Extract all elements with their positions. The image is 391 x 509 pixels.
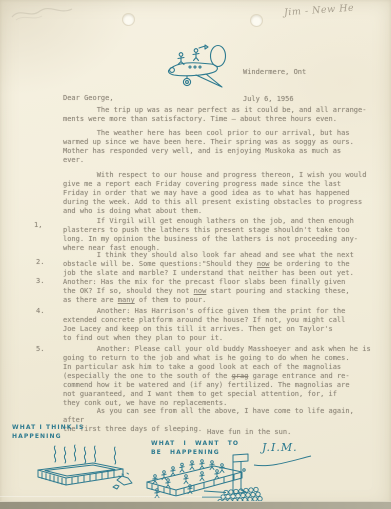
punch-hole-left <box>123 14 134 25</box>
margin-number-5: 5. <box>36 345 56 354</box>
margin-number-2: 2. <box>36 258 56 267</box>
greeting: Dear George, <box>63 94 375 103</box>
paper-crease <box>0 496 242 497</box>
paragraph-5: I think they should also look far ahead … <box>63 251 375 305</box>
margin-number-1: 1, <box>34 221 54 230</box>
margin-number-3: 3. <box>36 277 56 286</box>
scan-edge <box>0 501 391 509</box>
punch-hole-right <box>251 15 262 26</box>
place-line: Windermere, Ont <box>243 68 363 77</box>
paragraph-2: The weather here has been cool prior to … <box>63 129 375 165</box>
airplane-doodle-icon <box>165 42 233 92</box>
paragraph-6: Another: Has Harrison's office given the… <box>63 307 375 343</box>
caption-what-i-think: WHAT I THINK IS HAPPENING <box>12 424 84 441</box>
paragraph-1: The trip up was as near perfect as it co… <box>63 106 375 124</box>
paragraph-4: If Virgil will get enough lathers on the… <box>63 217 375 253</box>
paragraph-3: With respect to our house and progress t… <box>63 171 375 216</box>
margin-number-4: 4. <box>36 307 56 316</box>
letter-page: Jim - New He Windermere, Ont July 6, 195… <box>0 0 391 509</box>
closing-line: Have fun in the sun. <box>207 428 327 437</box>
workers-on-slab-doodle-icon <box>142 452 290 508</box>
pencil-scribble-icon <box>8 2 88 24</box>
pencil-note: Jim - New He <box>284 3 355 19</box>
curing-slab-doodle-icon <box>25 442 150 504</box>
paragraph-7: Another: Please call your old buddy Mass… <box>63 345 375 408</box>
